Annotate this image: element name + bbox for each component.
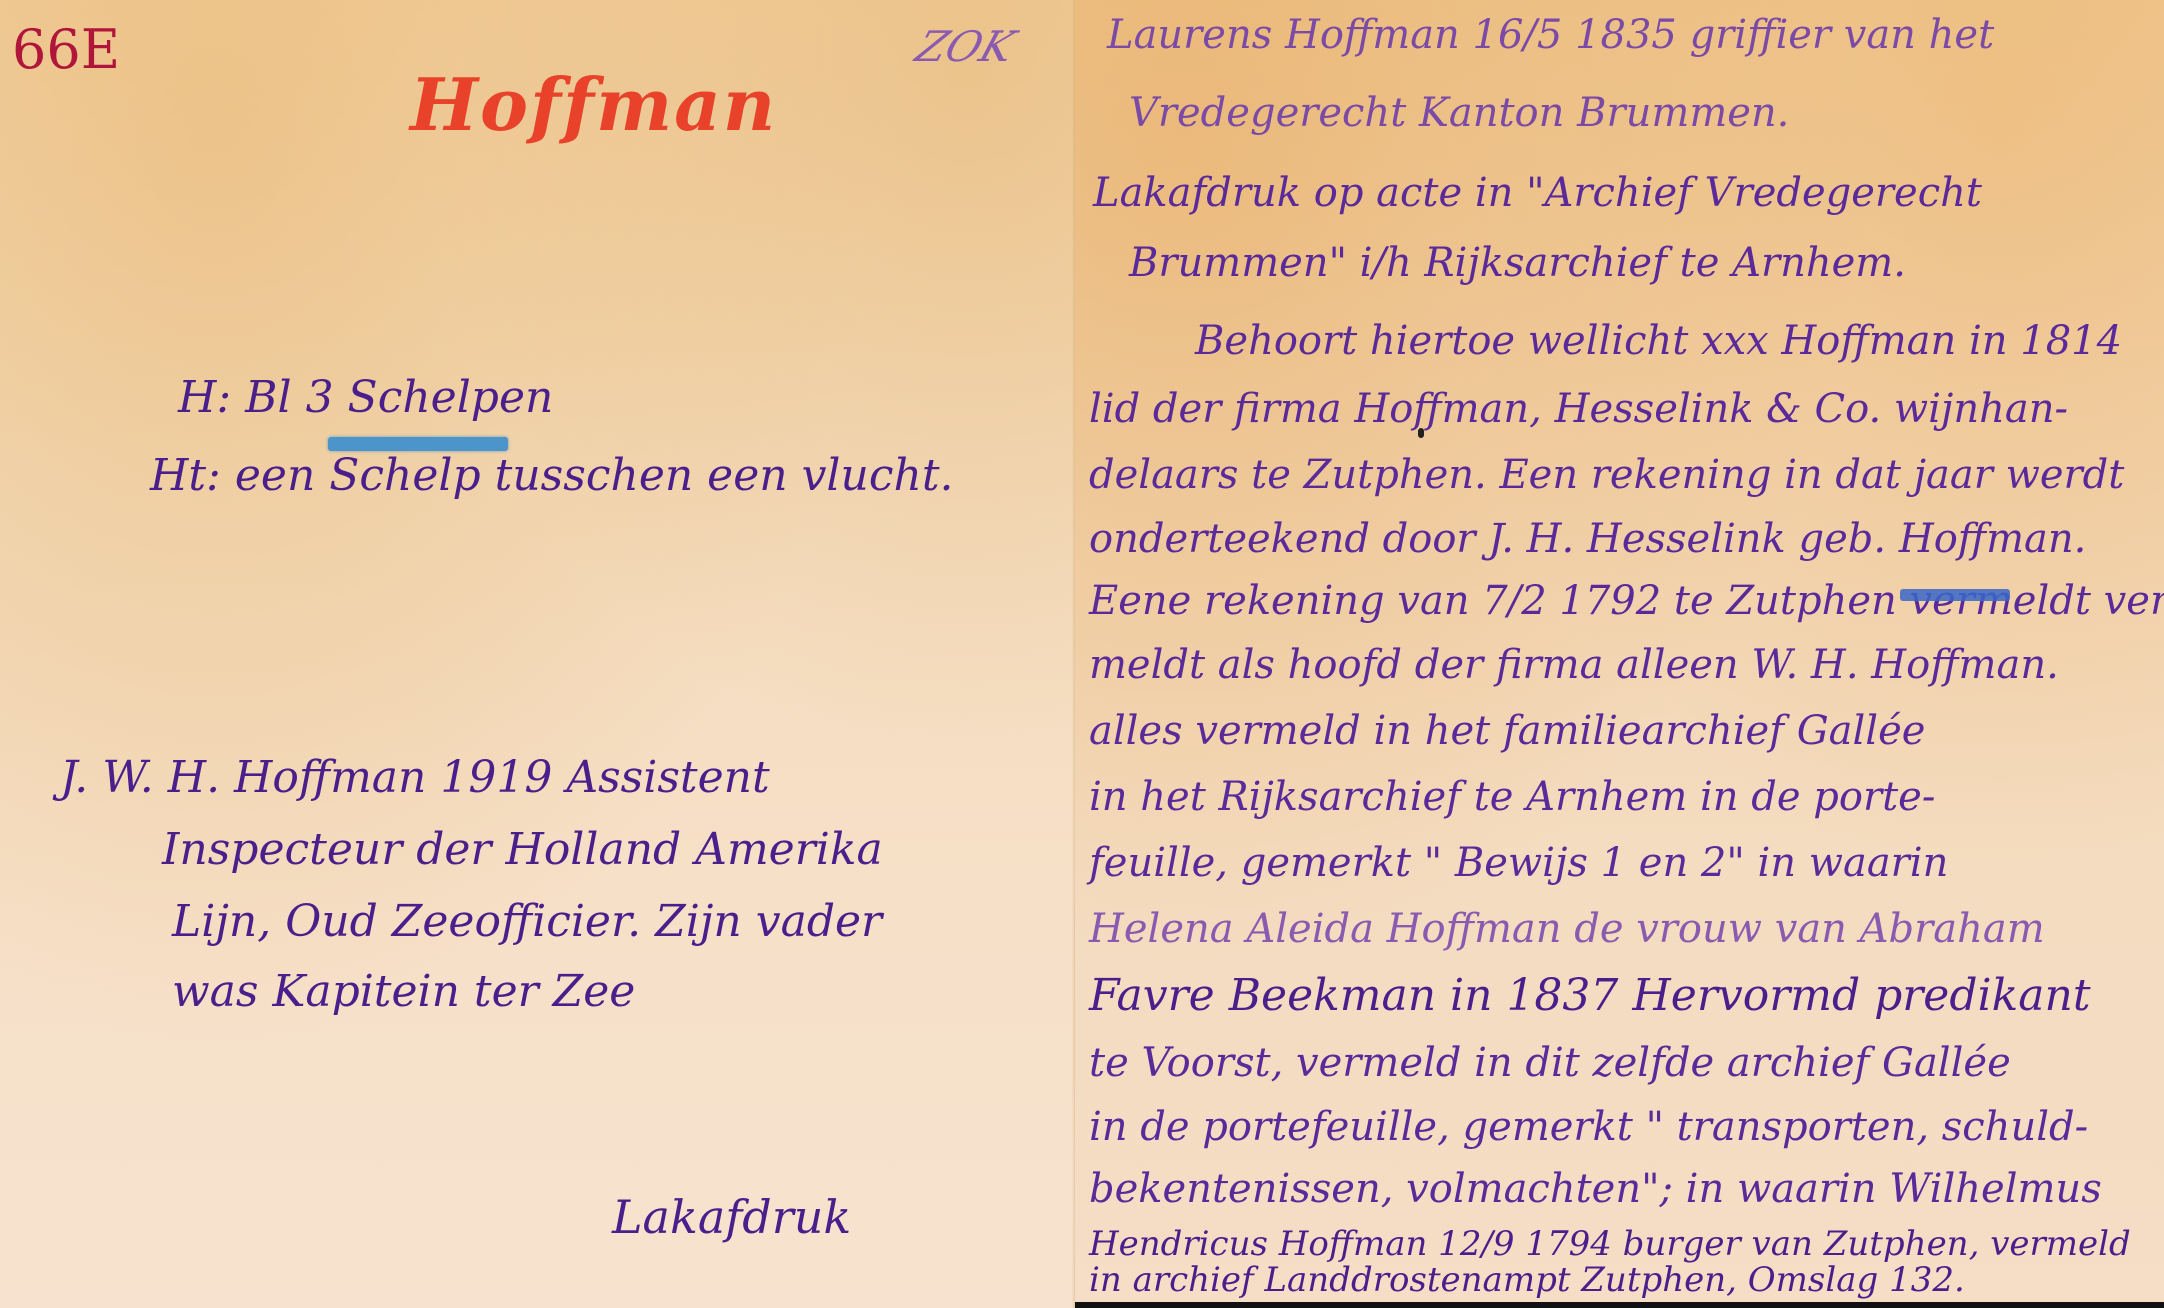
catalog-number: 66E bbox=[12, 18, 120, 81]
card-number: ZOK bbox=[910, 22, 1021, 71]
text-line: Eene rekening van 7/2 1792 te Zutphen ve… bbox=[1089, 578, 2164, 624]
entry-line: Inspecteur der Holland Amerika bbox=[162, 824, 883, 875]
index-card-right: Laurens Hoffman 16/5 1835 griffier van h… bbox=[1075, 0, 2164, 1308]
text-line: Laurens Hoffman 16/5 1835 griffier van h… bbox=[1107, 12, 1994, 58]
heraldry-line: H: Bl 3 Schelpen bbox=[178, 372, 553, 423]
surname-heading: Hoffman bbox=[410, 62, 777, 147]
index-card-left: 66E Hoffman ZOK H: Bl 3 Schelpen Ht: een… bbox=[0, 0, 1075, 1308]
text-line: Helena Aleida Hoffman de vrouw van Abrah… bbox=[1089, 906, 2045, 952]
text-line: in de portefeuille, gemerkt " transporte… bbox=[1089, 1104, 2088, 1150]
footer-note: Lakafdruk bbox=[612, 1190, 851, 1244]
text-line: alles vermeld in het familiearchief Gall… bbox=[1089, 708, 1925, 754]
text-line: feuille, gemerkt " Bewijs 1 en 2" in waa… bbox=[1089, 840, 1948, 886]
text-line: in archief Landdrostenampt Zutphen, Omsl… bbox=[1089, 1260, 1965, 1300]
entry-line: J. W. H. Hoffman 1919 Assistent bbox=[60, 752, 770, 803]
blue-pencil-mark bbox=[328, 437, 508, 451]
text-line: bekentenissen, volmachten"; in waarin Wi… bbox=[1089, 1166, 2102, 1212]
text-line: Behoort hiertoe wellicht xxx Hoffman in … bbox=[1195, 318, 2122, 364]
blue-strikethrough-mark bbox=[1900, 589, 2010, 601]
text-line: Vredegerecht Kanton Brummen. bbox=[1129, 90, 1789, 136]
text-line: lid der firma Hoffman, Hesselink & Co. w… bbox=[1089, 386, 2068, 432]
text-line: te Voorst, vermeld in dit zelfde archief… bbox=[1089, 1040, 2011, 1086]
text-line: Brummen" i/h Rijksarchief te Arnhem. bbox=[1129, 240, 1906, 286]
text-line: Lakafdruk op acte in "Archief Vredegerec… bbox=[1093, 170, 1982, 216]
entry-line: Lijn, Oud Zeeofficier. Zijn vader bbox=[172, 896, 882, 947]
text-line: Hendricus Hoffman 12/9 1794 burger van Z… bbox=[1089, 1224, 2131, 1264]
scan-edge bbox=[1075, 1302, 2164, 1308]
text-line: delaars te Zutphen. Een rekening in dat … bbox=[1089, 452, 2124, 498]
ink-spot bbox=[1418, 428, 1424, 438]
text-line: Favre Beekman in 1837 Hervormd predikant bbox=[1089, 970, 2091, 1021]
text-line: in het Rijksarchief te Arnhem in de port… bbox=[1089, 774, 1935, 820]
text-line: meldt als hoofd der firma alleen W. H. H… bbox=[1089, 642, 2059, 688]
heraldry-line: Ht: een Schelp tusschen een vlucht. bbox=[150, 450, 954, 501]
entry-line: was Kapitein ter Zee bbox=[172, 966, 635, 1017]
text-line: onderteekend door J. H. Hesselink geb. H… bbox=[1089, 516, 2086, 562]
